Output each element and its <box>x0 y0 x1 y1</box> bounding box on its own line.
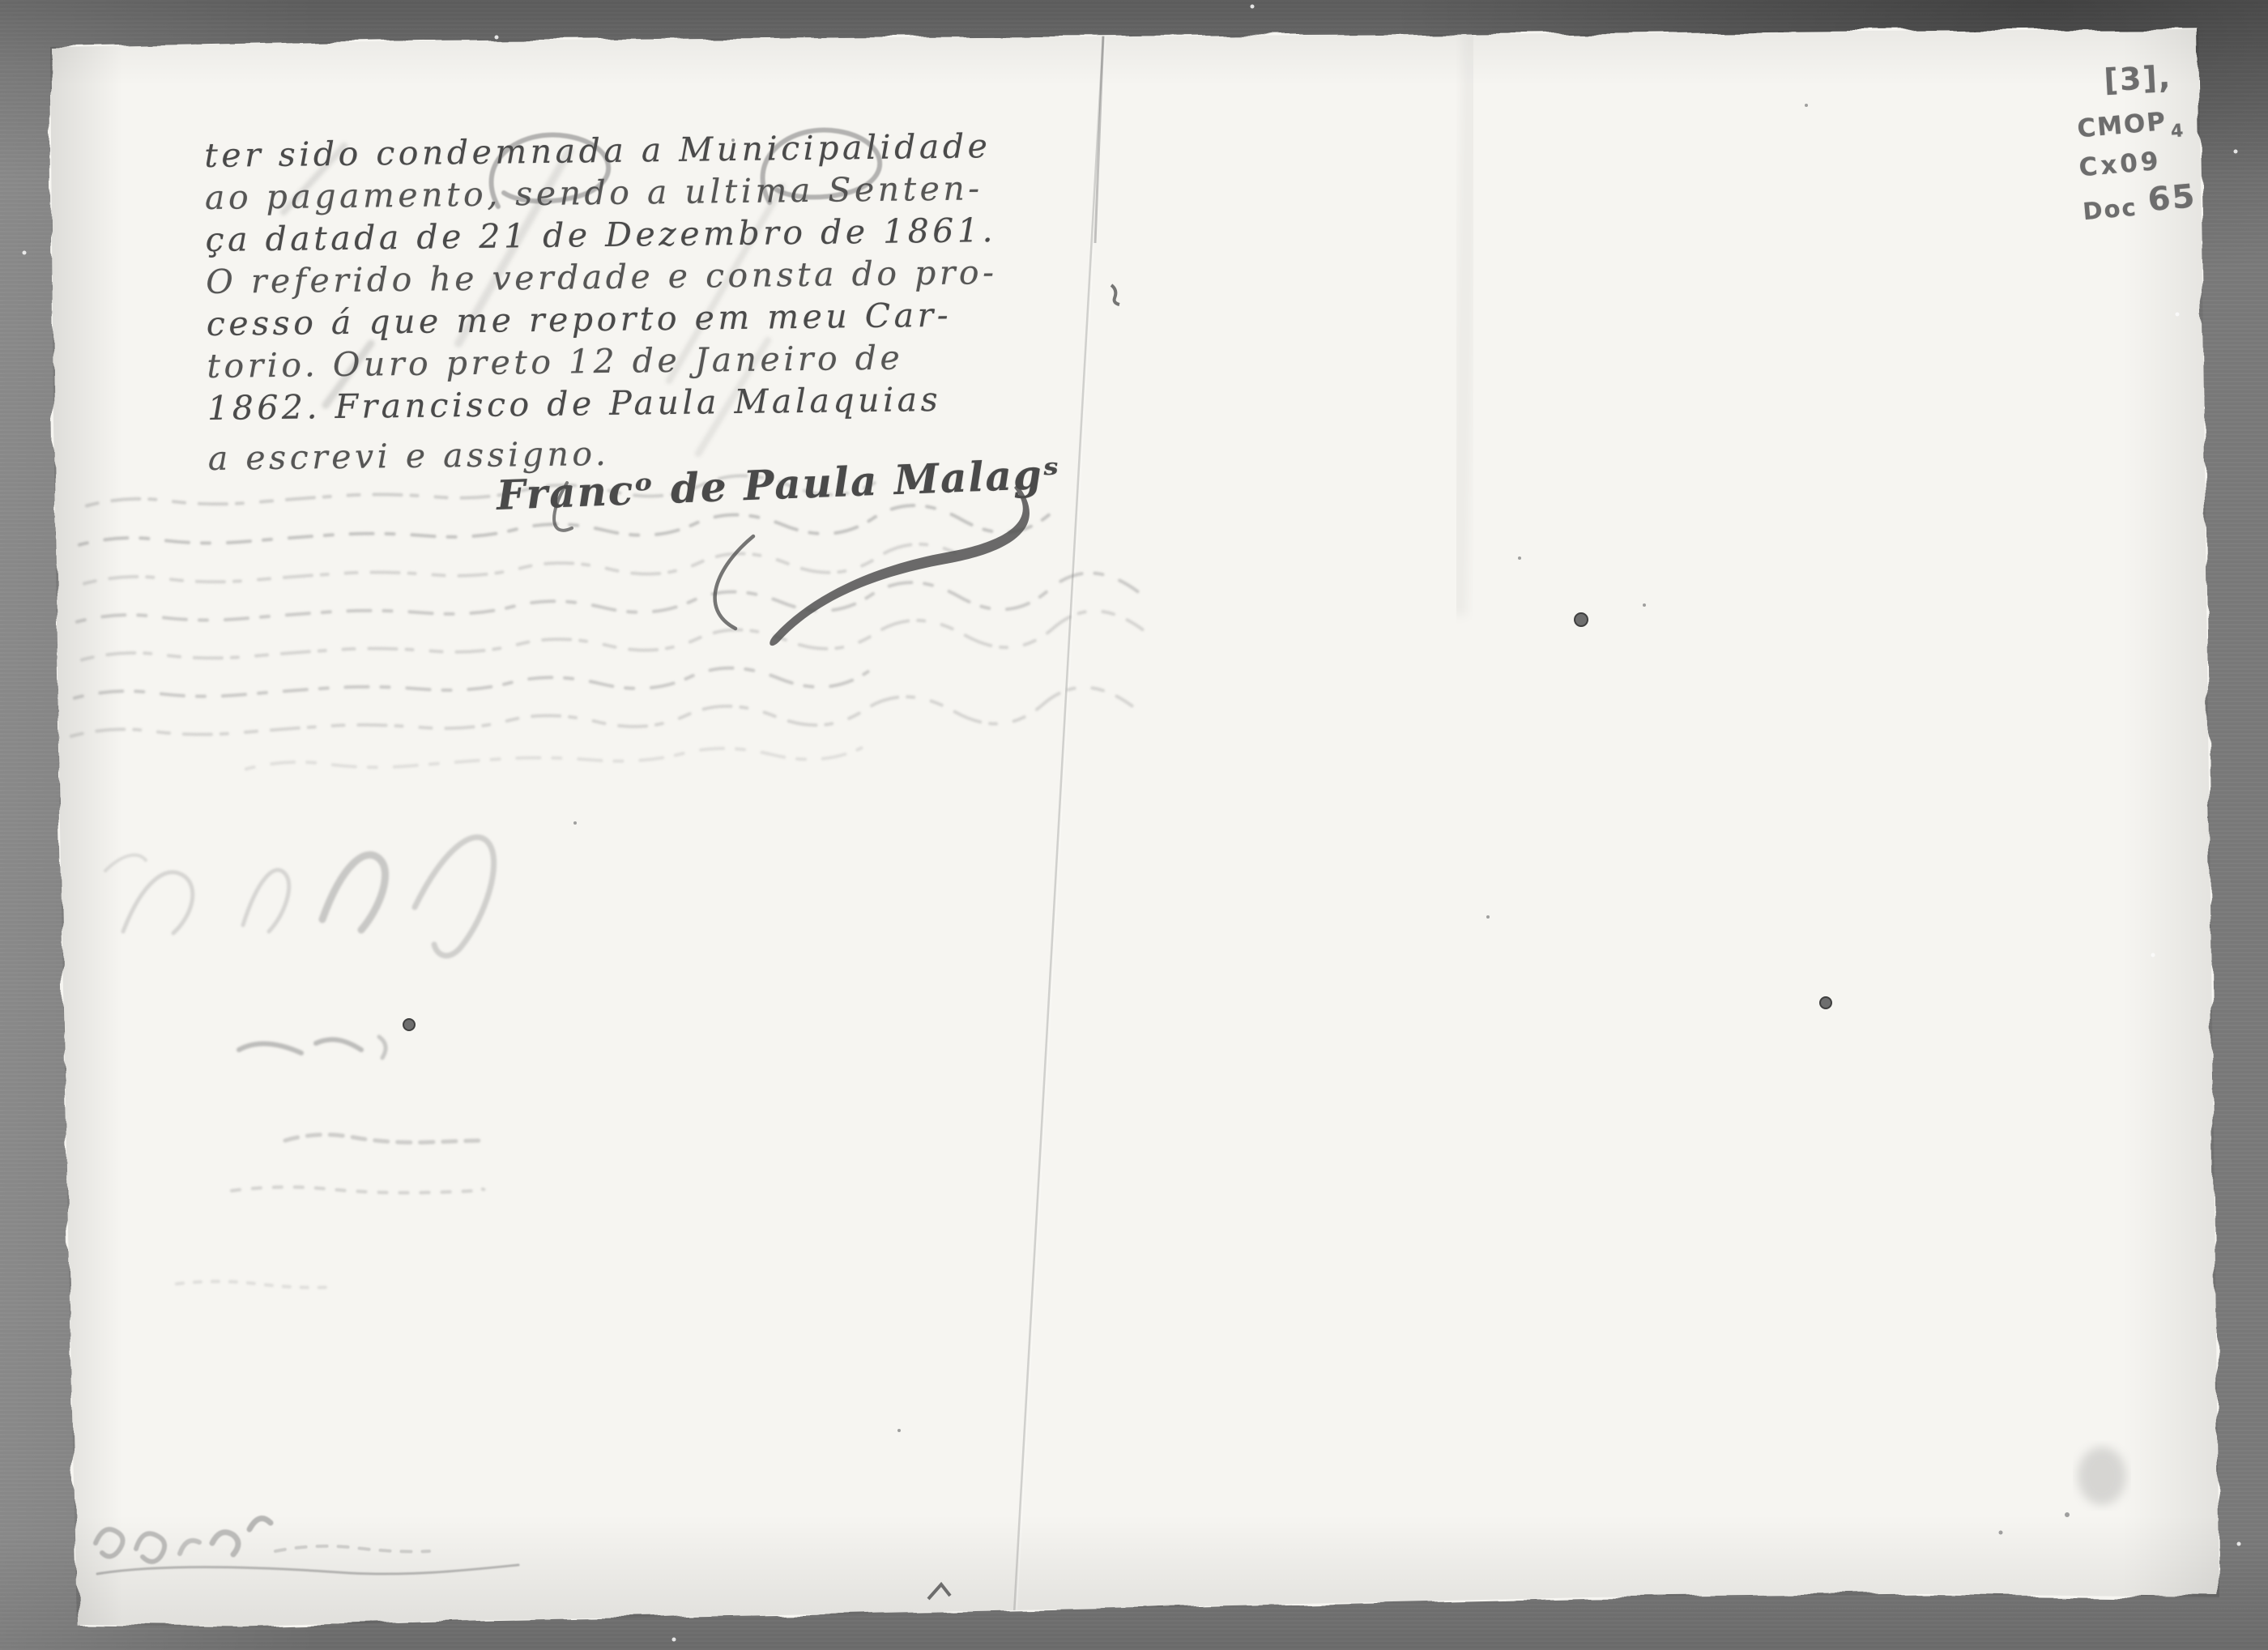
archival-mark-doc-label: Doc <box>2082 194 2138 226</box>
archival-mark-folio: [3], <box>2103 55 2250 98</box>
archival-mark-collection-number: 4 <box>2170 121 2185 142</box>
manuscript-text-block: ter sido condemnada a Municipalidade ao … <box>204 124 1042 480</box>
paper-shade-left <box>50 29 123 1629</box>
archival-mark-box: Cx09 <box>2078 138 2257 182</box>
paper-stain <box>2078 1447 2126 1505</box>
paper-shade-bottom <box>50 1515 2221 1628</box>
ink-dot <box>1820 997 1831 1008</box>
ink-dot <box>1575 613 1588 626</box>
paper-shade-top <box>50 29 2221 86</box>
archival-mark-collection-text: CMOP <box>2076 107 2168 144</box>
scanned-document: ter sido condemnada a Municipalidade ao … <box>0 0 2268 1650</box>
archival-mark-doc-number: 65 <box>2146 177 2198 219</box>
archival-marks: [3], CMOP4 Cx09 Doc65 <box>2070 53 2262 228</box>
archival-mark-collection: CMOP4 <box>2076 100 2254 144</box>
paper-shade-right <box>2122 29 2221 1601</box>
ink-dot <box>403 1019 415 1030</box>
